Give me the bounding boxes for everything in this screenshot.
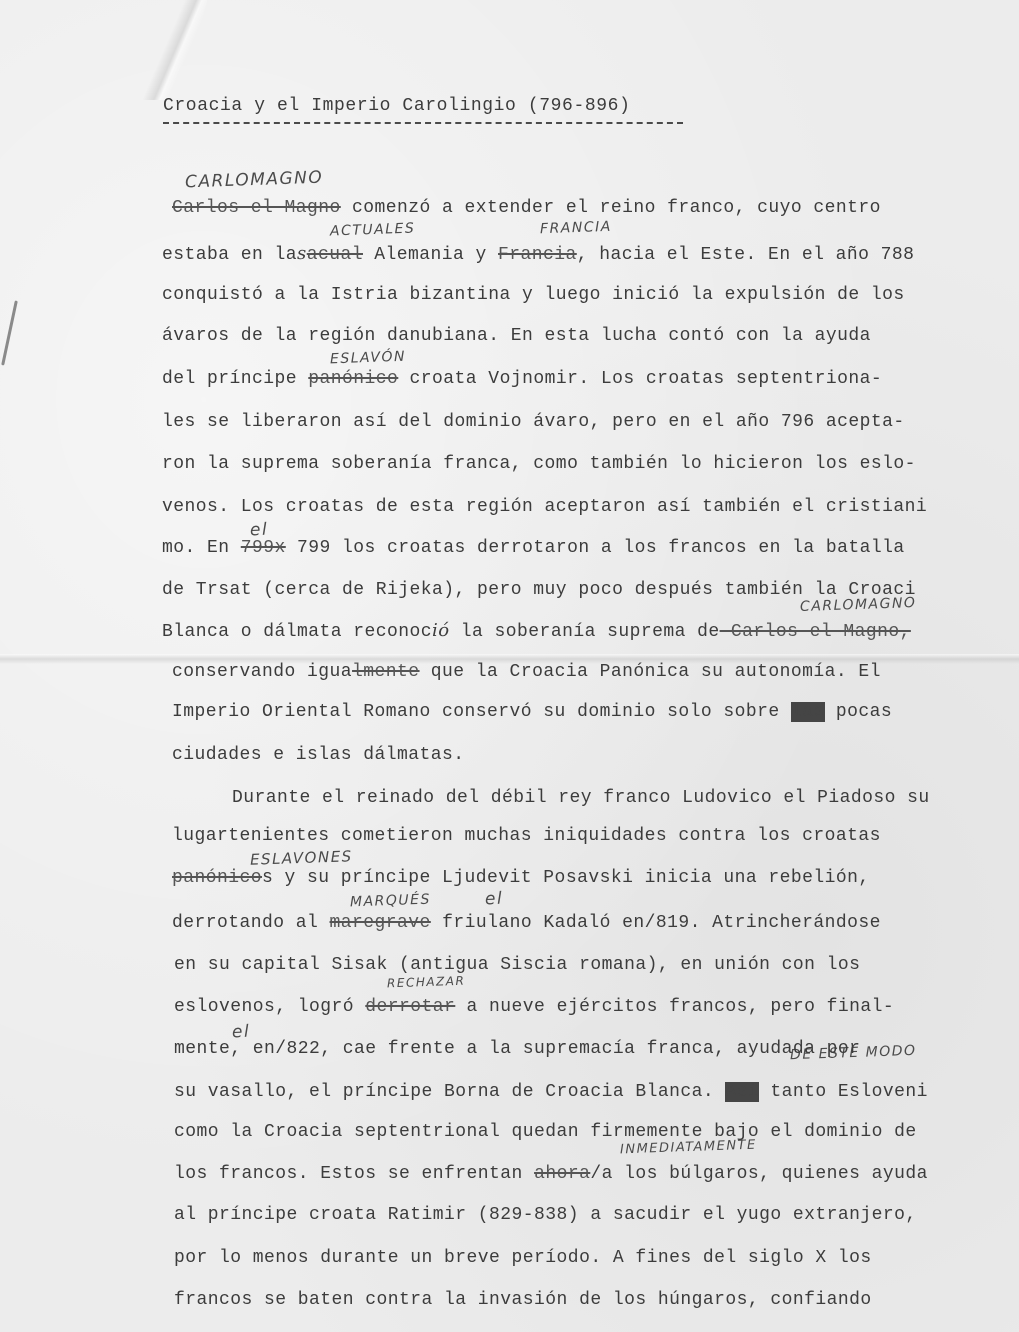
margin-pencil-mark <box>1 300 18 365</box>
text-line: venos. Los croatas de esta región acepta… <box>162 497 927 517</box>
text-line: mente, en/822, cae frente a la supremací… <box>174 1039 860 1059</box>
text-line: como la Croacia septentrional quedan fir… <box>174 1122 917 1142</box>
text-line: lugartenientes cometieron muchas iniquid… <box>172 826 881 846</box>
text-line: por lo menos durante un breve período. A… <box>174 1248 872 1268</box>
text-line: les se liberaron así del dominio ávaro, … <box>162 412 905 432</box>
annotation-eslavones: ESLAVONES <box>250 847 353 869</box>
title-underline <box>163 122 683 124</box>
text-line: francos se baten contra la invasión de l… <box>174 1290 872 1310</box>
text-line: del príncipe panónico croata Vojnomir. L… <box>162 369 882 389</box>
text-line: Imperio Oriental Romano conservó su domi… <box>172 702 892 722</box>
text-line: al príncipe croata Ratimir (829-838) a s… <box>174 1205 917 1225</box>
text-line: Blanca o dálmata reconoció la soberanía … <box>162 620 911 642</box>
text-line: mo. En 799x 799 los croatas derrotaron a… <box>162 538 905 558</box>
text-line: ávaros de la región danubiana. En esta l… <box>162 326 871 346</box>
text-line: estaba en lasacual Alemania y Francia, h… <box>162 243 914 265</box>
text-line: conservando igualmente que la Croacia Pa… <box>172 662 881 682</box>
annotation-rechazar: RECHAZAR <box>387 974 466 991</box>
text-line: en su capital Sisak (antigua Siscia roma… <box>174 955 860 975</box>
text-line: eslovenos, logró derrotar a nueve ejérci… <box>174 997 894 1017</box>
text-line: conquistó a la Istria bizantina y luego … <box>162 285 905 305</box>
text-line: Durante el reinado del débil rey franco … <box>232 788 930 808</box>
text-line: panónicos y su príncipe Ljudevit Posavsk… <box>172 868 870 888</box>
annotation-marques: MARQUÉS <box>350 892 431 911</box>
text-line: derrotando al maregrave friulano Kadaló … <box>172 913 881 933</box>
text-line: los francos. Estos se enfrentan ahora/a … <box>174 1164 928 1184</box>
text-line: ron la suprema soberanía franca, como ta… <box>162 454 916 474</box>
annotation-el-2: el <box>485 889 504 910</box>
text-line: de Trsat (cerca de Rijeka), pero muy poc… <box>162 580 916 600</box>
text-line: ciudades e islas dálmatas. <box>172 745 465 765</box>
annotation-eslavon: ESLAVÓN <box>330 349 406 368</box>
annotation-francia: FRANCIA <box>540 219 612 237</box>
text-line: su vasallo, el príncipe Borna de Croacia… <box>174 1082 928 1102</box>
document-title: Croacia y el Imperio Carolingio (796-896… <box>163 96 630 116</box>
annotation-carlomagno: CARLOMAGNO <box>185 168 324 193</box>
text-line: Carlos el Magno comenzó a extender el re… <box>172 198 881 218</box>
paper-fold-top <box>143 0 208 100</box>
annotation-actuales: ACTUALES <box>330 221 416 240</box>
